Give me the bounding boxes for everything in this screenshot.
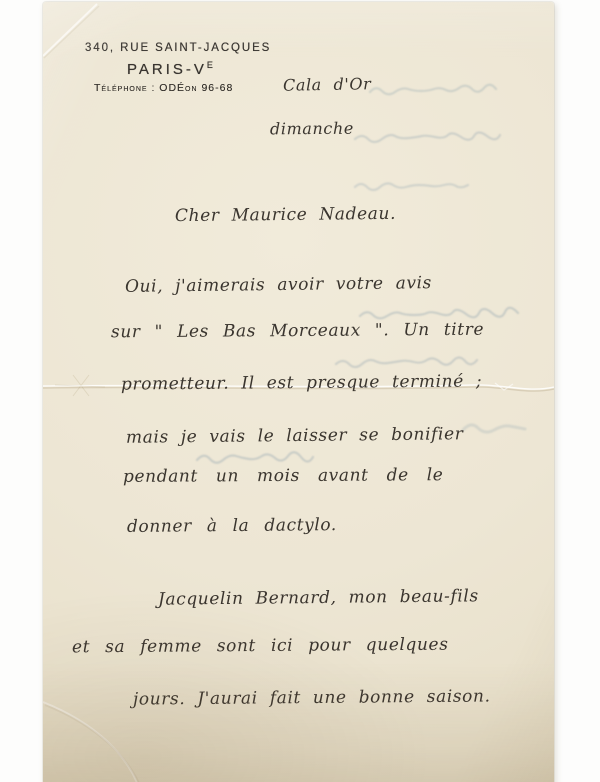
letterhead-address: 340, RUE SAINT-JACQUES xyxy=(85,42,271,54)
salutation: Cher Maurice Nadeau. xyxy=(175,204,396,226)
dateline-day: dimanche xyxy=(270,119,354,139)
handwritten-line: jours. J'aurai fait une bonne saison. xyxy=(133,686,491,709)
handwritten-line: Jacquelin Bernard, mon beau-fils xyxy=(158,586,479,609)
handwritten-line: mais je vais le laisser se bonifier xyxy=(126,424,464,448)
handwritten-line: pendant un mois avant de le xyxy=(123,465,444,487)
handwritten-line: et sa femme sont ici pour quelques xyxy=(72,635,449,658)
bottom-crease xyxy=(43,702,141,782)
letterhead-phone: Téléphone : ODÉon 96-68 xyxy=(94,82,233,94)
letterhead-city-exponent: E xyxy=(207,60,213,70)
handwritten-line: Oui, j'aimerais avoir votre avis xyxy=(125,273,432,297)
letterhead-city-text: PARIS-V xyxy=(127,61,207,78)
handwritten-line: prometteur. Il est presque terminé ; xyxy=(121,371,482,394)
photo-background: 340, RUE SAINT-JACQUES PARIS-VE Téléphon… xyxy=(0,0,600,782)
dateline-place: Cala d'Or xyxy=(283,74,372,95)
letter-page: 340, RUE SAINT-JACQUES PARIS-VE Téléphon… xyxy=(43,2,554,782)
handwritten-line: donner à la dactylo. xyxy=(127,515,337,537)
handwritten-line: sur " Les Bas Morceaux ". Un titre xyxy=(111,320,484,343)
letterhead-city: PARIS-VE xyxy=(127,60,213,78)
